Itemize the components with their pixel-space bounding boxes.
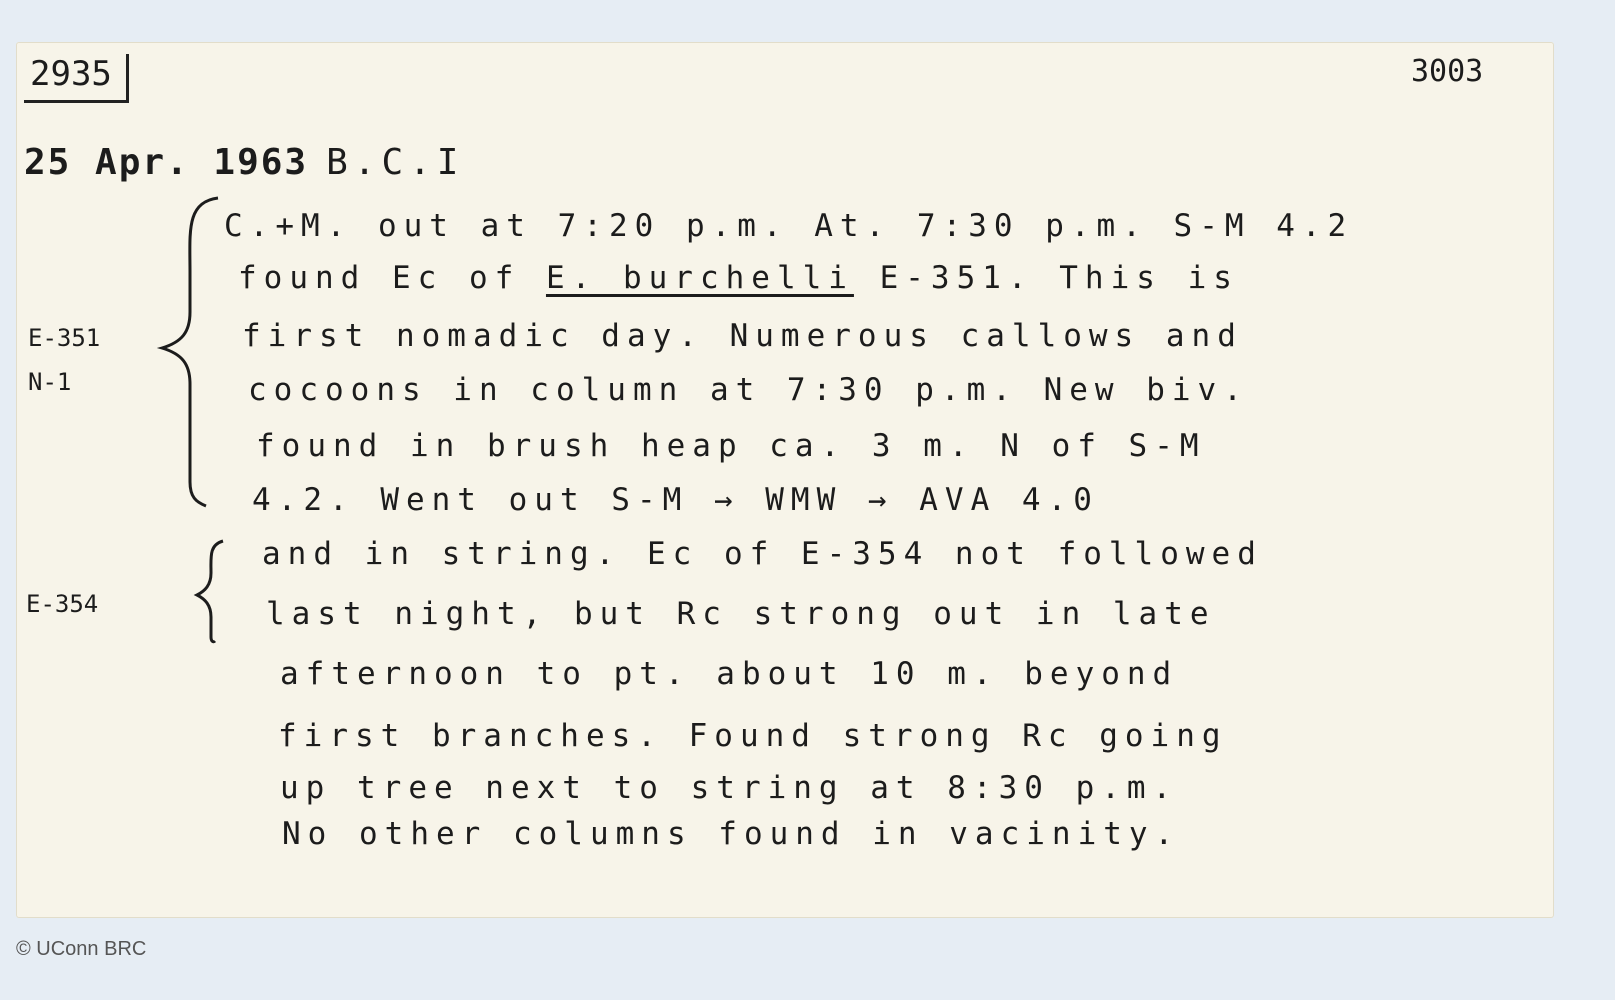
catalog-number: 2935 [24,54,129,103]
note-date: 25 Apr. 1963 [24,142,308,183]
note-line-1: C.+M. out at 7:20 p.m. At. 7:30 p.m. S-M… [224,208,1353,244]
note-line-2-end: E-351. This is [854,260,1239,296]
brace-icon [156,192,226,512]
note-line-4: cocoons in column at 7:30 p.m. New biv. [248,372,1249,408]
note-line-11: up tree next to string at 8:30 p.m. [280,770,1178,806]
note-location: B.C.I [326,142,464,183]
note-line-7: and in string. Ec of E-354 not followed [262,536,1263,572]
date-line: 25 Apr. 1963B.C.I [24,142,464,183]
note-line-2-start: found Ec of [238,260,546,296]
field-note-card: 2935 3003 25 Apr. 1963B.C.I E-351 N-1 E-… [16,42,1554,918]
note-line-9: afternoon to pt. about 10 m. beyond [280,656,1178,692]
note-line-5: found in brush heap ca. 3 m. N of S-M [256,428,1206,464]
margin-label-e351: E-351 [28,324,100,352]
note-line-3: first nomadic day. Numerous callows and [242,318,1243,354]
note-line-10: first branches. Found strong Rc going [278,718,1228,754]
note-line-2: found Ec of E. burchelli E-351. This is [238,260,1239,296]
page-number: 3003 [1411,54,1483,89]
note-line-8: last night, but Rc strong out in late [266,596,1216,632]
note-line-6: 4.2. Went out S-M → WMW → AVA 4.0 [252,482,1099,518]
brace-icon [191,537,231,647]
margin-label-e354: E-354 [26,590,98,618]
species-name: E. burchelli [546,260,854,296]
copyright-credit: © UConn BRC [16,938,146,961]
margin-label-n1: N-1 [28,368,71,396]
note-line-12: No other columns found in vacinity. [282,816,1180,852]
